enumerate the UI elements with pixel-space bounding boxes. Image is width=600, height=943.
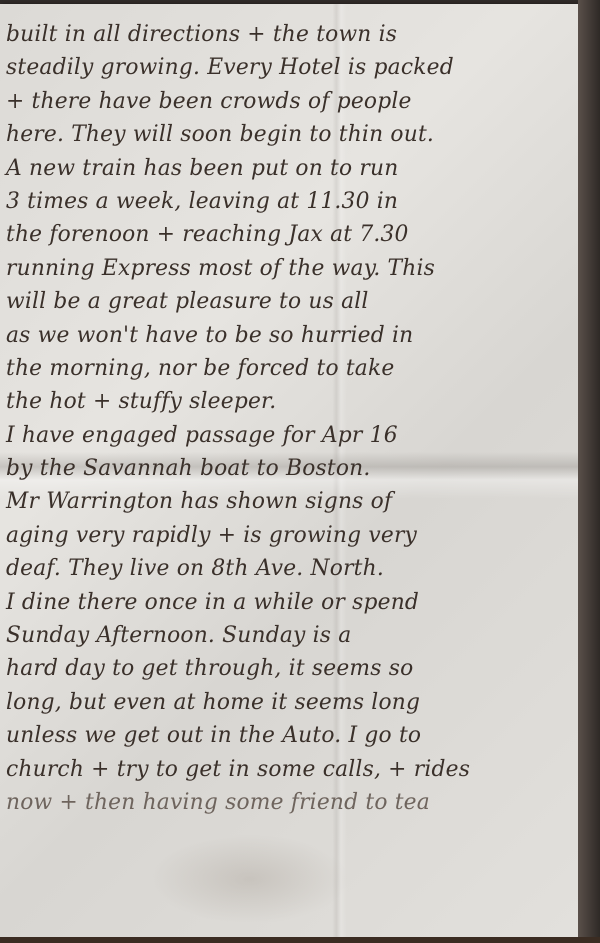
text-line: hard day to get through, it seems so bbox=[6, 652, 566, 685]
text-line: unless we get out in the Auto. I go to bbox=[6, 719, 566, 752]
text-line: here. They will soon begin to thin out. bbox=[6, 118, 566, 151]
text-line: deaf. They live on 8th Ave. North. bbox=[6, 552, 566, 585]
text-line: A new train has been put on to run bbox=[6, 152, 566, 185]
text-line: will be a great pleasure to us all bbox=[6, 285, 566, 318]
text-line: running Express most of the way. This bbox=[6, 252, 566, 285]
text-line: long, but even at home it seems long bbox=[6, 686, 566, 719]
ink-stain bbox=[150, 834, 350, 924]
text-line: Sunday Afternoon. Sunday is a bbox=[6, 619, 566, 652]
text-line: I dine there once in a while or spend bbox=[6, 586, 566, 619]
text-line: 3 times a week, leaving at 11.30 in bbox=[6, 185, 566, 218]
text-line: I have engaged passage for Apr 16 bbox=[6, 419, 566, 452]
scan-right-edge bbox=[578, 0, 600, 943]
text-line: steadily growing. Every Hotel is packed bbox=[6, 51, 566, 84]
text-line: the forenoon + reaching Jax at 7.30 bbox=[6, 218, 566, 251]
text-line: Mr Warrington has shown signs of bbox=[6, 485, 566, 518]
text-line: as we won't have to be so hurried in bbox=[6, 319, 566, 352]
scan-bottom-edge bbox=[0, 937, 600, 943]
text-line: the morning, nor be forced to take bbox=[6, 352, 566, 385]
text-line: now + then having some friend to tea bbox=[6, 786, 566, 819]
text-line: built in all directions + the town is bbox=[6, 18, 566, 51]
text-line: by the Savannah boat to Boston. bbox=[6, 452, 566, 485]
handwritten-text: built in all directions + the town is st… bbox=[6, 18, 572, 819]
letter-page: built in all directions + the town is st… bbox=[0, 4, 578, 937]
text-line: aging very rapidly + is growing very bbox=[6, 519, 566, 552]
text-line: + there have been crowds of people bbox=[6, 85, 566, 118]
text-line: church + try to get in some calls, + rid… bbox=[6, 753, 566, 786]
text-line: the hot + stuffy sleeper. bbox=[6, 385, 566, 418]
